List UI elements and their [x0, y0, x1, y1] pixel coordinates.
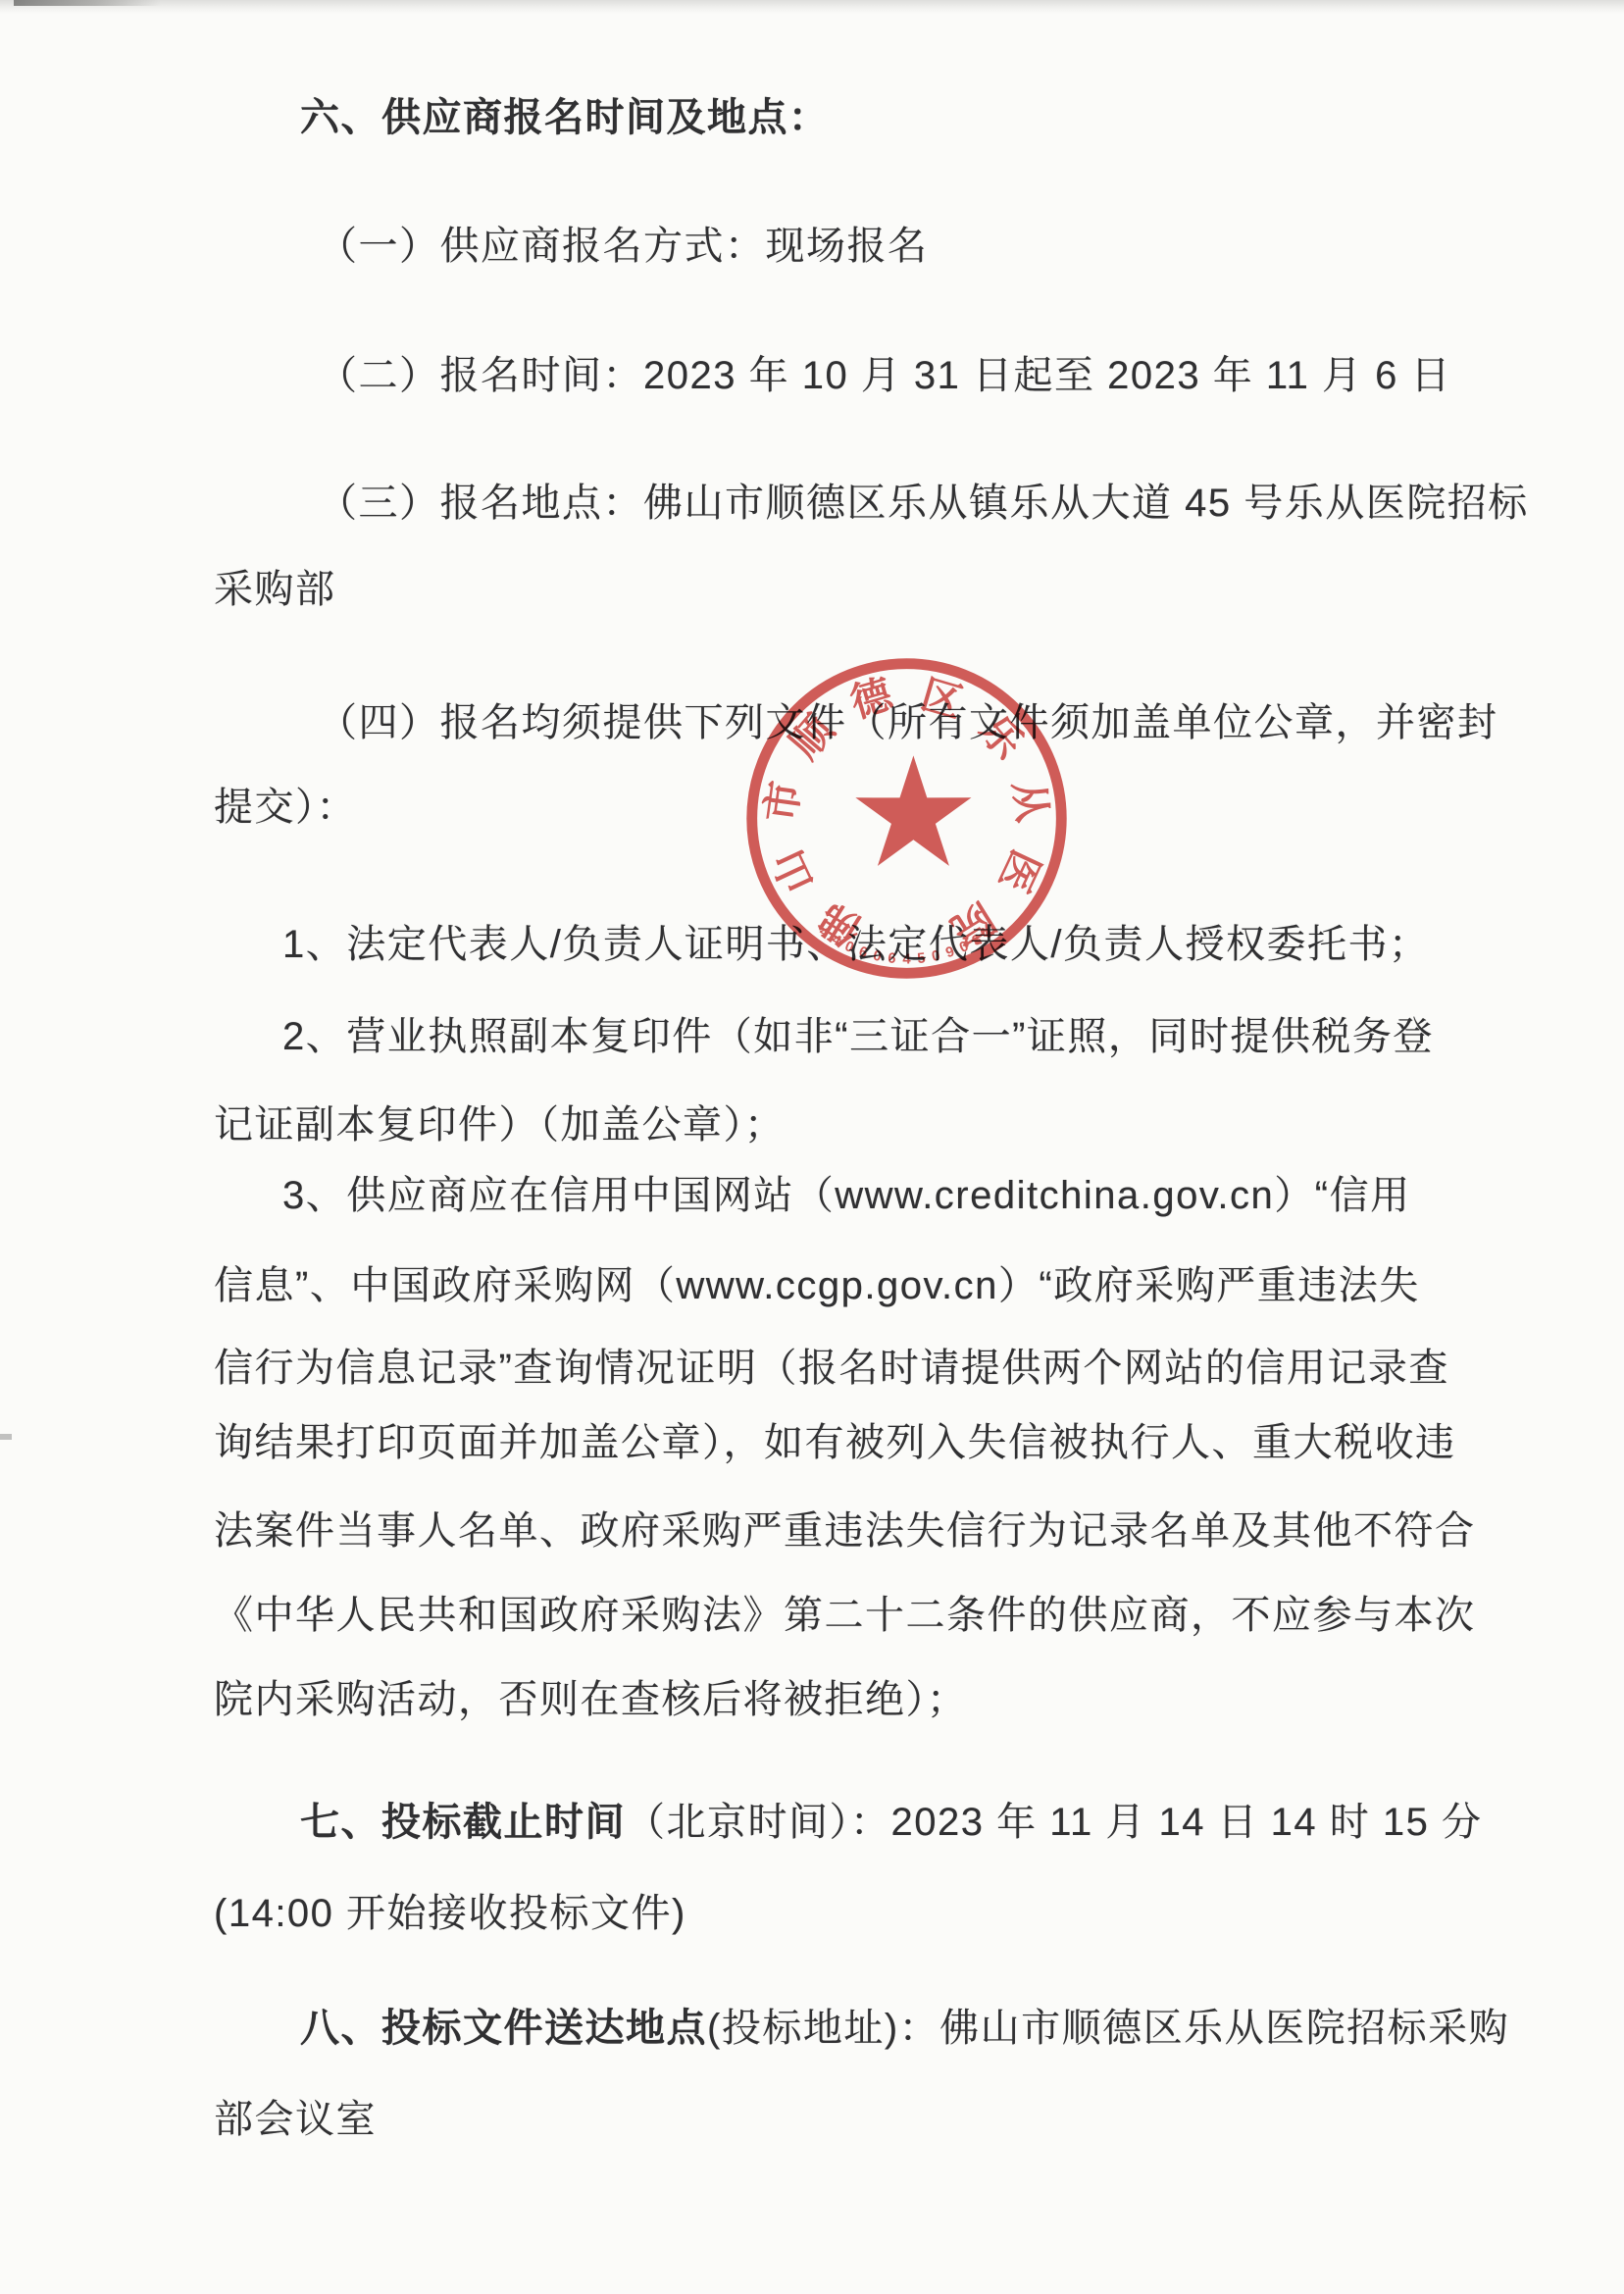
- text-line: 2、营业执照副本复印件（如非“三证合一”证照，同时提供税务登: [282, 1014, 1434, 1059]
- heading-text: 八、投标文件送达地点: [300, 2007, 707, 2050]
- body-text: (14:00 开始接收投标文件): [214, 1892, 686, 1935]
- seal-serial-digit: 6: [857, 944, 870, 962]
- heading-text: 六、供应商报名时间及地点：: [300, 96, 830, 139]
- seal-serial-digit: 0: [931, 948, 941, 965]
- body-text: 提交）：: [214, 786, 357, 829]
- body-text: 采购部: [214, 568, 336, 611]
- body-text: （二）报名时间：2023 年 10 月 31 日起至 2023 年 11 月 6…: [318, 354, 1451, 397]
- official-seal: 佛山市顺德区乐从医院 4406064509031: [733, 644, 1081, 993]
- text-line: （一）供应商报名方式：现场报名: [318, 224, 929, 269]
- body-text: 信息”、中国政府采购网（www.ccgp.gov.cn）“政府采购严重违法失: [214, 1264, 1420, 1307]
- body-text: 2、营业执照副本复印件（如非“三证合一”证照，同时提供税务登: [282, 1015, 1434, 1058]
- body-text: 信行为信息记录”查询情况证明（报名时请提供两个网站的信用记录查: [214, 1347, 1449, 1390]
- heading-text: 七、投标截止时间: [300, 1801, 626, 1844]
- text-line: 院内采购活动，否则在查核后将被拒绝）；: [214, 1677, 968, 1722]
- seal-ring-char: 区: [916, 672, 968, 727]
- body-text: 询结果打印页面并加盖公章），如有被列入失信被执行人、重大税收违: [214, 1421, 1456, 1464]
- text-line: 提交）：: [214, 785, 357, 830]
- text-line: 信息”、中国政府采购网（www.ccgp.gov.cn）“政府采购严重违法失: [214, 1263, 1420, 1308]
- body-text: 记证副本复印件）（加盖公章）；: [214, 1103, 786, 1147]
- seal-ring-char: 市: [758, 779, 808, 825]
- text-line: 法案件当事人名单、政府采购严重违法失信行为记录名单及其他不符合: [214, 1508, 1476, 1554]
- seal-serial-digit: 4: [902, 951, 911, 967]
- seal-ring-char: 从: [1005, 779, 1055, 826]
- seal-serial-digit: 6: [887, 950, 896, 967]
- document-page: 六、供应商报名时间及地点：（一）供应商报名方式：现场报名（二）报名时间：2023…: [0, 0, 1624, 2294]
- text-line: 信行为信息记录”查询情况证明（报名时请提供两个网站的信用记录查: [214, 1346, 1449, 1391]
- body-text: 院内采购活动，否则在查核后将被拒绝）；: [214, 1678, 968, 1721]
- seal-serial-digit: 0: [872, 948, 883, 965]
- text-line: 七、投标截止时间（北京时间）：2023 年 11 月 14 日 14 时 15 …: [300, 1800, 1483, 1845]
- scan-artifact-corner-mark: [14, 0, 161, 6]
- seal-ring-char: 德: [845, 671, 898, 726]
- text-line: 采购部: [214, 567, 336, 612]
- text-line: 八、投标文件送达地点(投标地址)：佛山市顺德区乐从医院招标采购: [300, 2006, 1509, 2051]
- text-line: 《中华人民共和国政府采购法》第二十二条件的供应商，不应参与本次: [214, 1593, 1476, 1638]
- body-text: （三）报名地点：佛山市顺德区乐从镇乐从大道 45 号乐从医院招标: [318, 482, 1529, 525]
- body-text: 《中华人民共和国政府采购法》第二十二条件的供应商，不应参与本次: [214, 1594, 1476, 1637]
- body-text: 部会议室: [214, 2098, 377, 2141]
- seal-star-icon: [855, 755, 971, 865]
- text-line: 3、供应商应在信用中国网站（www.creditchina.gov.cn）“信用: [282, 1173, 1411, 1218]
- text-line: 记证副本复印件）（加盖公章）；: [214, 1102, 786, 1147]
- text-line: 询结果打印页面并加盖公章），如有被列入失信被执行人、重大税收违: [214, 1420, 1456, 1465]
- scan-artifact-top-edge: [0, 0, 1624, 14]
- text-line: （三）报名地点：佛山市顺德区乐从镇乐从大道 45 号乐从医院招标: [318, 481, 1529, 526]
- text-line: 六、供应商报名时间及地点：: [300, 95, 830, 140]
- seal-serial-digit: 9: [944, 944, 957, 962]
- body-text: （一）供应商报名方式：现场报名: [318, 225, 929, 268]
- seal-serial-digit: 5: [917, 950, 927, 967]
- body-text: 法案件当事人名单、政府采购严重违法失信行为记录名单及其他不符合: [214, 1509, 1476, 1553]
- body-text: (投标地址)：佛山市顺德区乐从医院招标采购: [707, 2007, 1509, 2050]
- body-text: 3、供应商应在信用中国网站（www.creditchina.gov.cn）“信用: [282, 1174, 1411, 1217]
- scan-artifact-left-dash: [0, 1434, 12, 1440]
- text-line: (14:00 开始接收投标文件): [214, 1891, 686, 1936]
- text-line: （二）报名时间：2023 年 10 月 31 日起至 2023 年 11 月 6…: [318, 353, 1451, 398]
- body-text: （北京时间）：2023 年 11 月 14 日 14 时 15 分: [626, 1801, 1483, 1844]
- text-line: 部会议室: [214, 2097, 377, 2142]
